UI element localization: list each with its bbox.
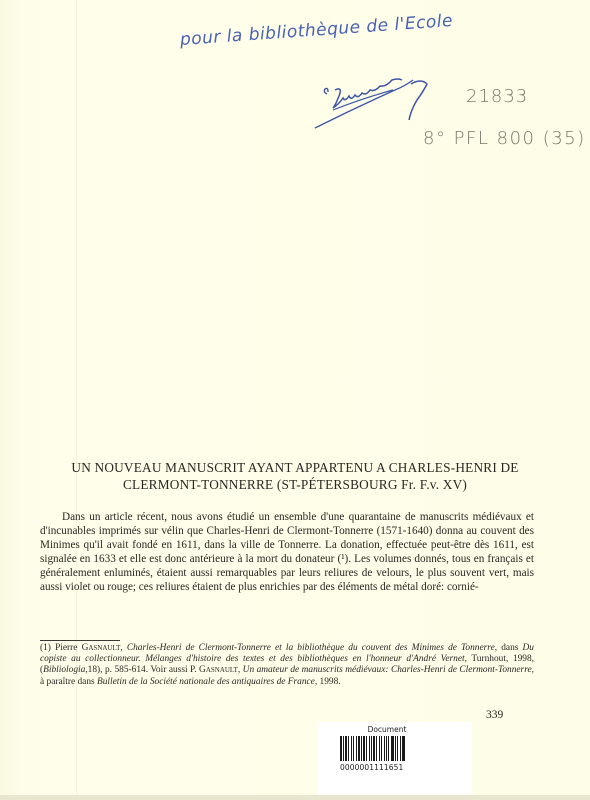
footnote-in-text: , dans bbox=[495, 643, 523, 653]
footnote-author-surname: Gasnault bbox=[82, 643, 121, 653]
page-number: 339 bbox=[486, 709, 503, 721]
barcode-sticker: Document 0000001111651 bbox=[318, 722, 472, 795]
signature-icon bbox=[313, 76, 448, 131]
document-page: pour la bibliothèque de l'Ecole 21833 8°… bbox=[0, 0, 590, 800]
footnote-year: , 1998. bbox=[315, 677, 341, 687]
footnote-author-first: Pierre bbox=[55, 643, 77, 653]
handwritten-dedication: pour la bibliothèque de l'Ecole bbox=[179, 11, 453, 50]
footnote: (1) Pierre Gasnault, Charles-Henri de Cl… bbox=[40, 643, 534, 688]
shelfmark: 8° PFL 800 (35) bbox=[423, 128, 586, 149]
inventory-number: 21833 bbox=[466, 86, 528, 107]
footnote-author2-surname: Gasnault bbox=[199, 665, 238, 675]
barcode-icon bbox=[340, 736, 432, 761]
footnote-journal: Bulletin de la Société nationale des ant… bbox=[97, 677, 315, 687]
footnote-title-1: Charles-Henri de Clermont-Tonnerre et la… bbox=[127, 643, 495, 653]
footnote-title-2: Un amateur de manuscrits médiévaux: Char… bbox=[243, 665, 532, 675]
footnote-pages: ,18), p. 585-614. Voir aussi P. bbox=[85, 665, 199, 675]
footnote-series: Bibliologia bbox=[43, 665, 85, 675]
barcode-label: Document bbox=[318, 725, 456, 734]
page-bottom-edge bbox=[0, 795, 590, 800]
article-title: UN NOUVEAU MANUSCRIT AYANT APPARTENU A C… bbox=[40, 459, 550, 493]
article-body-paragraph: Dans un article récent, nous avons étudi… bbox=[40, 510, 534, 594]
footnote-marker: (1) bbox=[40, 643, 51, 653]
footnote-divider bbox=[40, 640, 120, 641]
article-title-line-2: CLERMONT-TONNERRE (ST-PÉTERSBOURG Fr. F.… bbox=[40, 476, 550, 493]
barcode-number: 0000001111651 bbox=[340, 763, 403, 772]
article-title-line-1: UN NOUVEAU MANUSCRIT AYANT APPARTENU A C… bbox=[40, 459, 550, 476]
barcode-gap bbox=[405, 736, 407, 761]
